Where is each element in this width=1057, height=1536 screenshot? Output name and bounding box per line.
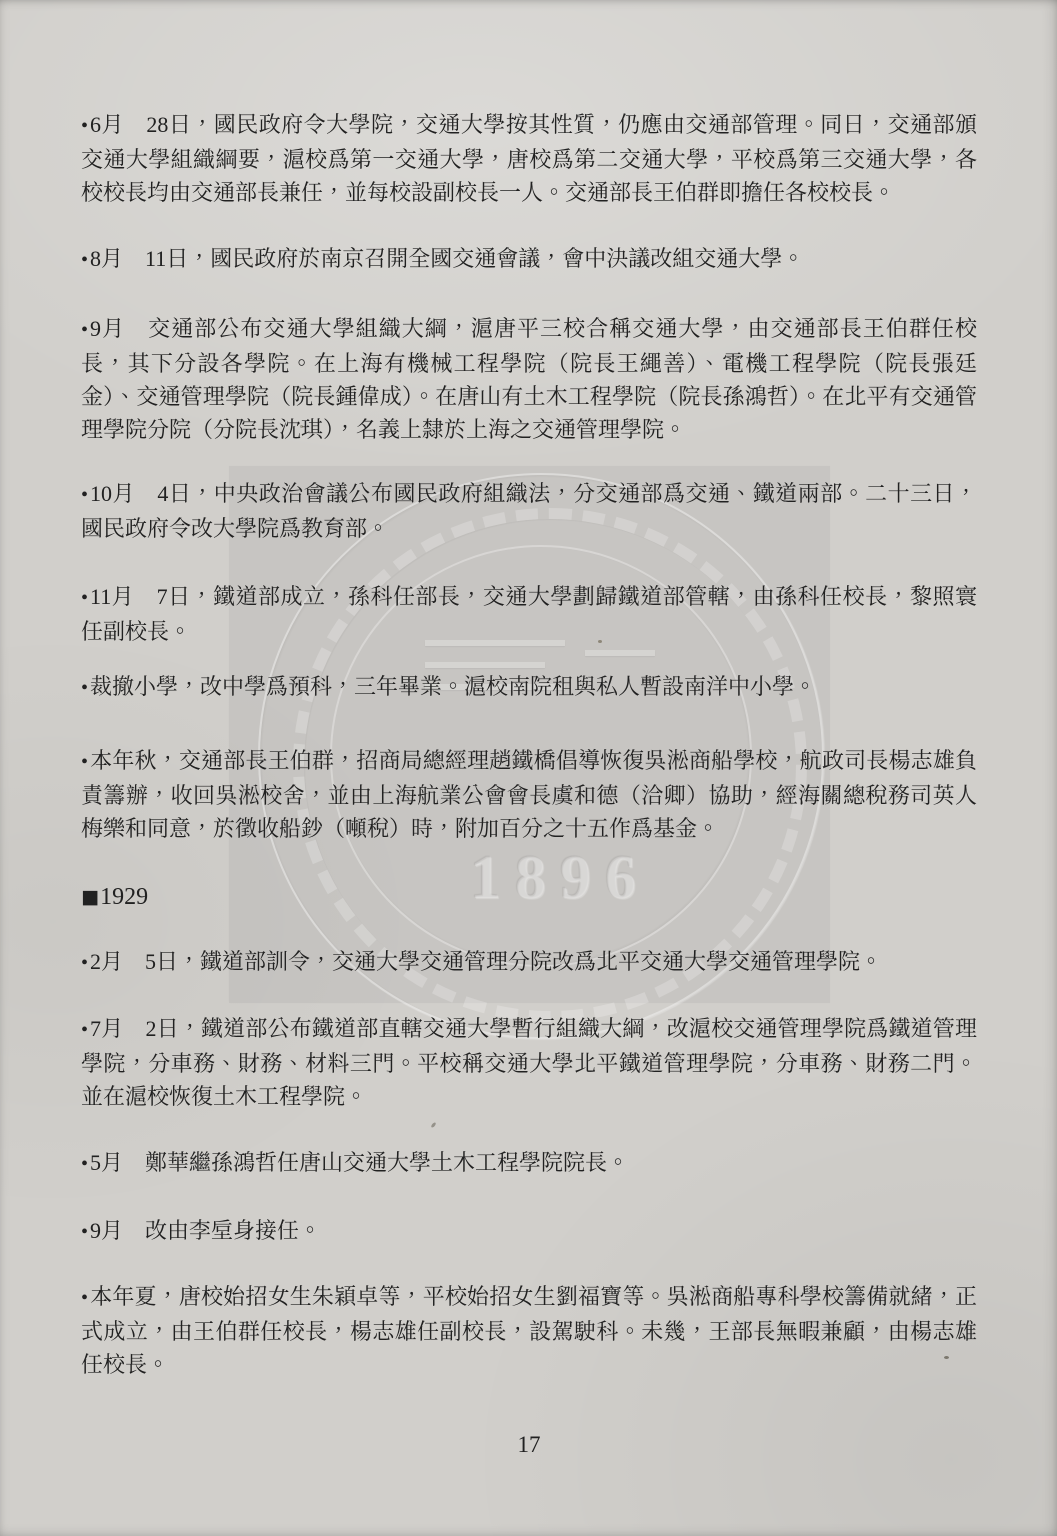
timeline-entry: •9月 改由李垕身接任。 xyxy=(81,1214,977,1249)
timeline-entry: •8月 11日，國民政府於南京召開全國交通會議，會中決議改組交通大學。 xyxy=(81,242,977,277)
dust-speck xyxy=(944,1356,949,1359)
bullet-marker: • xyxy=(81,484,90,506)
bullet-marker: • xyxy=(81,1221,90,1243)
timeline-entry: •2月 5日，鐵道部訓令，交通大學交通管理分院改爲北平交通大學交通管理學院。 xyxy=(81,945,977,980)
bullet-marker: • xyxy=(81,1287,90,1309)
page-number: 17 xyxy=(81,1428,977,1461)
entry-text: 5月 鄭華繼孫鴻哲任唐山交通大學土木工程學院院長。 xyxy=(90,1150,629,1175)
section-square-marker: ■ xyxy=(81,881,100,914)
timeline-entry: •7月 2日，鐵道部公布鐵道部直轄交通大學暫行組織大綱，改滬校交通管理學院爲鐵道… xyxy=(81,1012,977,1113)
entry-text: 裁撤小學，改中學爲預科，三年畢業。滬校南院租與私人暫設南洋中小學。 xyxy=(90,674,816,699)
timeline-entry: •5月 鄭華繼孫鴻哲任唐山交通大學土木工程學院院長。 xyxy=(81,1146,977,1181)
timeline-entry: •裁撤小學，改中學爲預科，三年畢業。滬校南院租與私人暫設南洋中小學。 xyxy=(81,670,977,705)
entry-text: 11月 7日，鐵道部成立，孫科任部長，交通大學劃歸鐵道部管轄，由孫科任校長，黎照… xyxy=(81,584,977,644)
timeline-entry: •11月 7日，鐵道部成立，孫科任部長，交通大學劃歸鐵道部管轄，由孫科任校長，黎… xyxy=(81,580,977,648)
bullet-marker: • xyxy=(81,115,90,137)
scanner-shadow-band xyxy=(229,466,830,1003)
dust-speck xyxy=(300,425,303,428)
bullet-marker: • xyxy=(81,1019,90,1041)
bullet-marker: • xyxy=(81,587,90,609)
entry-text: 8月 11日，國民政府於南京召開全國交通會議，會中決議改組交通大學。 xyxy=(90,246,804,271)
dust-speck xyxy=(598,640,602,643)
timeline-entry: •9月 交通部公布交通大學組織大綱，滬唐平三校合稱交通大學，由交通部長王伯群任校… xyxy=(81,312,977,446)
timeline-entry: •本年夏，唐校始招女生朱穎卓等，平校始招女生劉福寶等。吳淞商船專科學校籌備就緒，… xyxy=(81,1280,977,1381)
timeline-entry: •6月 28日，國民政府令大學院，交通大學按其性質，仍應由交通部管理。同日，交通… xyxy=(81,108,977,209)
bullet-marker: • xyxy=(81,677,90,699)
year-label: 1929 xyxy=(100,884,148,910)
entry-text: 10月 4日，中央政治會議公布國民政府組織法，分交通部爲交通、鐵道兩部。二十三日… xyxy=(81,481,977,541)
bullet-marker: • xyxy=(81,952,90,974)
entry-text: 2月 5日，鐵道部訓令，交通大學交通管理分院改爲北平交通大學交通管理學院。 xyxy=(90,949,882,974)
entry-text: 本年秋，交通部長王伯群，招商局總經理趙鐵橋倡導恢復吳淞商船學校，航政司長楊志雄負… xyxy=(81,748,977,841)
timeline-entry: •10月 4日，中央政治會議公布國民政府組織法，分交通部爲交通、鐵道兩部。二十三… xyxy=(81,477,977,545)
scanned-book-page: 1896 •6月 28日，國民政府令大學院，交通大學按其性質，仍應由交通部管理。… xyxy=(0,0,1057,1536)
bullet-marker: • xyxy=(81,1153,90,1175)
entry-text: 6月 28日，國民政府令大學院，交通大學按其性質，仍應由交通部管理。同日，交通部… xyxy=(81,112,977,205)
bullet-marker: • xyxy=(81,249,90,271)
entry-text: 9月 改由李垕身接任。 xyxy=(90,1218,321,1243)
timeline-entry: •本年秋，交通部長王伯群，招商局總經理趙鐵橋倡導恢復吳淞商船學校，航政司長楊志雄… xyxy=(81,744,977,845)
entry-text: 9月 交通部公布交通大學組織大綱，滬唐平三校合稱交通大學，由交通部長王伯群任校長… xyxy=(81,316,977,442)
bullet-marker: • xyxy=(81,751,90,773)
bullet-marker: • xyxy=(81,319,90,341)
entry-text: 本年夏，唐校始招女生朱穎卓等，平校始招女生劉福寶等。吳淞商船專科學校籌備就緒，正… xyxy=(81,1284,977,1377)
dust-speck xyxy=(430,1122,436,1129)
entry-text: 7月 2日，鐵道部公布鐵道部直轄交通大學暫行組織大綱，改滬校交通管理學院爲鐵道管… xyxy=(81,1016,977,1109)
year-section-heading: ■1929 xyxy=(81,882,977,913)
